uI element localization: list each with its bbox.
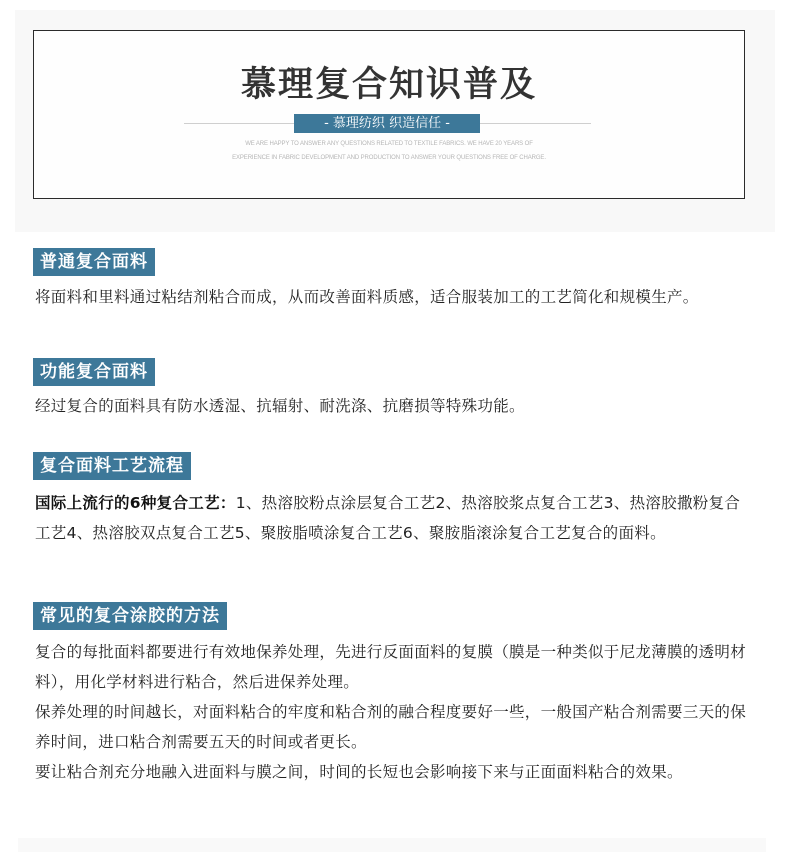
hero-banner: 慕理复合知识普及 - 慕理纺织 织造信任 - WE ARE HAPPY TO A… xyxy=(33,30,745,199)
paragraph: 复合的每批面料都要进行有效地保养处理，先进行反面面料的复膜（膜是一种类似于尼龙薄… xyxy=(35,637,750,697)
tagline-badge: - 慕理纺织 织造信任 - xyxy=(294,114,480,133)
paragraph: 国际上流行的6种复合工艺：1、热溶胶粉点涂层复合工艺2、热溶胶浆点复合工艺3、热… xyxy=(35,488,750,548)
english-subtitle-line-2: EXPERIENCE IN FABRIC DEVELOPMENT AND PRO… xyxy=(34,154,744,162)
section-body-coating-methods: 复合的每批面料都要进行有效地保养处理，先进行反面面料的复膜（膜是一种类似于尼龙薄… xyxy=(35,637,750,787)
section-body-process-flow: 国际上流行的6种复合工艺：1、热溶胶粉点涂层复合工艺2、热溶胶浆点复合工艺3、热… xyxy=(35,488,750,548)
paragraph: 将面料和里料通过粘结剂粘合而成，从而改善面料质感，适合服装加工的工艺简化和规模生… xyxy=(35,282,750,312)
section-heading-regular-composite: 普通复合面料 xyxy=(33,248,155,276)
page-title: 慕理复合知识普及 xyxy=(34,64,744,106)
lead-text: 国际上流行的6种复合工艺： xyxy=(35,494,236,512)
section-body-functional-composite: 经过复合的面料具有防水透湿、抗辐射、耐洗涤、抗磨损等特殊功能。 xyxy=(35,391,750,421)
paragraph: 经过复合的面料具有防水透湿、抗辐射、耐洗涤、抗磨损等特殊功能。 xyxy=(35,391,750,421)
section-heading-process-flow: 复合面料工艺流程 xyxy=(33,452,191,480)
paragraph: 保养处理的时间越长，对面料粘合的牢度和粘合剂的融合程度要好一些，一般国产粘合剂需… xyxy=(35,697,750,757)
section-body-regular-composite: 将面料和里料通过粘结剂粘合而成，从而改善面料质感，适合服装加工的工艺简化和规模生… xyxy=(35,282,750,312)
section-heading-functional-composite: 功能复合面料 xyxy=(33,358,155,386)
english-subtitle-line-1: WE ARE HAPPY TO ANSWER ANY QUESTIONS REL… xyxy=(34,140,744,148)
paragraph: 要让粘合剂充分地融入进面料与膜之间，时间的长短也会影响接下来与正面面料粘合的效果… xyxy=(35,757,750,787)
footer-strip xyxy=(18,838,766,852)
section-heading-coating-methods: 常见的复合涂胶的方法 xyxy=(33,602,227,630)
